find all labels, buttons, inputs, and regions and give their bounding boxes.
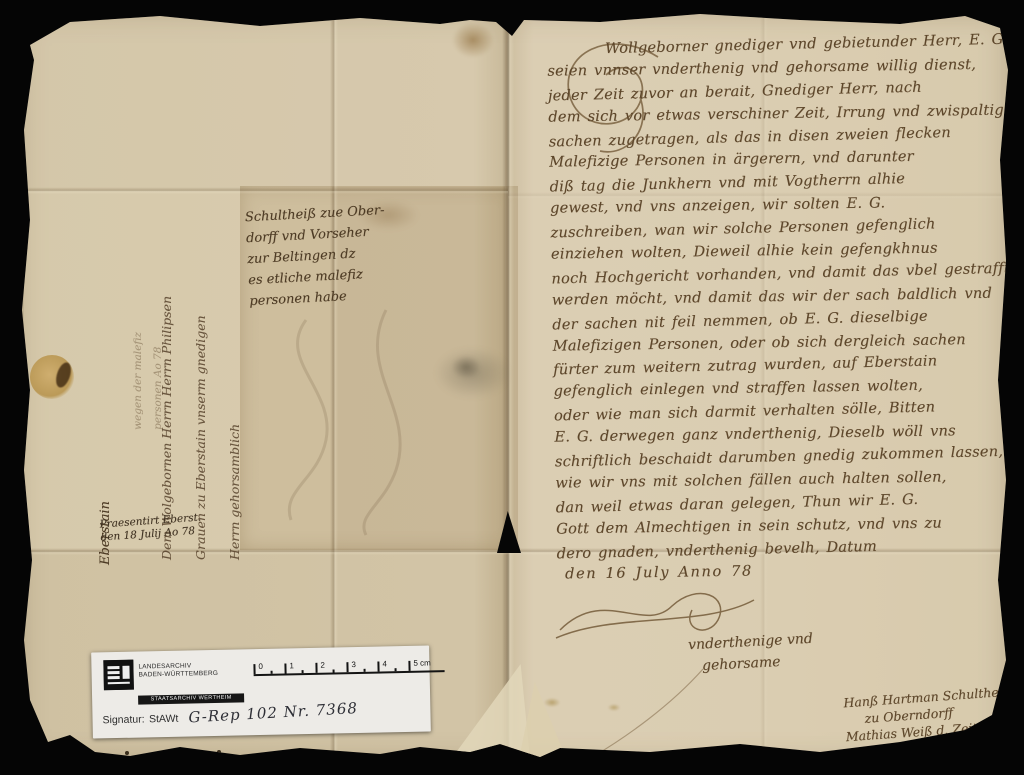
- archive-label: LANDESARCHIV BADEN-WÜRTTEMBERG STAATSARC…: [91, 645, 431, 738]
- scale-tick: 3: [346, 662, 377, 673]
- scale-tick-label: 3: [351, 660, 356, 669]
- scale-tick: 2: [315, 662, 346, 673]
- scale-ticks: 0 1 2 3 4: [253, 661, 408, 674]
- scale-bar: 0 1 2 3 4 5 cm: [253, 657, 444, 676]
- faint-chancery-note: wegen der malefizpersonen Ao 78: [128, 280, 178, 430]
- scale-tick-label: 1: [289, 661, 294, 670]
- signature-label: Signatur:: [102, 713, 144, 726]
- logo-department-bar: STAATSARCHIV WERTHEIM: [138, 693, 244, 704]
- signature-number-handwritten: G-Rep 102 Nr. 7368: [188, 699, 358, 726]
- signature-block: Hanß Hartman Schultheßzu OberndorffMathi…: [843, 682, 1024, 762]
- fold-crease-center: [502, 10, 514, 765]
- wax-seal-dark-spot: [53, 361, 73, 390]
- scale-tick: 1: [284, 663, 315, 674]
- faint-note-line: personen Ao 78: [148, 280, 168, 430]
- docket-note: Schultheiß zue Ober-dorff vnd Vorseherzu…: [244, 197, 449, 312]
- address-line: Herrn gehorsamblich: [218, 292, 252, 560]
- scale-tick-label: 2: [320, 661, 325, 670]
- scale-tick-label: 4: [382, 659, 387, 668]
- spot-bottom-left-of-fold: [544, 698, 560, 707]
- ink-showthrough-swirl: [266, 300, 486, 540]
- fold-crease-upper-horizontal: [16, 187, 508, 194]
- scale-end-tick: 5 cm: [408, 660, 444, 671]
- scale-tick-label: 0: [258, 662, 263, 671]
- scale-tick: 0: [253, 664, 284, 675]
- wax-seal-residue: [30, 355, 74, 399]
- valediction-line-2: gehorsame: [702, 654, 781, 674]
- signature-row: Signatur: StAWt G-Rep 102 Nr. 7368: [102, 704, 358, 728]
- center-fold-hole: [497, 511, 521, 553]
- stain-top-center: [452, 22, 494, 58]
- scale-end-label: 5 cm: [413, 658, 431, 667]
- landesarchiv-logo-icon: [103, 660, 134, 691]
- folded-corner-flap: [452, 664, 530, 758]
- landesarchiv-logo: LANDESARCHIV BADEN-WÜRTTEMBERG: [103, 658, 218, 690]
- scale-tick: 4: [377, 661, 408, 672]
- edge-specks: [16, 10, 18, 12]
- letter-text: Wollgeborner gnediger vnd gebietunder He…: [547, 30, 1019, 588]
- manuscript-sheet: Schultheiß zue Ober-dorff vnd Vorseherzu…: [16, 10, 1011, 765]
- fold-panel-top: [24, 10, 505, 187]
- scan-background: Schultheiß zue Ober-dorff vnd Vorseherzu…: [0, 0, 1024, 775]
- signature-prefix: StAWt: [149, 713, 179, 726]
- logo-line-2: BADEN-WÜRTTEMBERG: [139, 670, 219, 680]
- valediction-tail-flourish: [585, 665, 710, 765]
- logo-institution-text: LANDESARCHIV BADEN-WÜRTTEMBERG: [138, 658, 218, 680]
- faint-note-line: wegen der malefiz: [128, 280, 148, 430]
